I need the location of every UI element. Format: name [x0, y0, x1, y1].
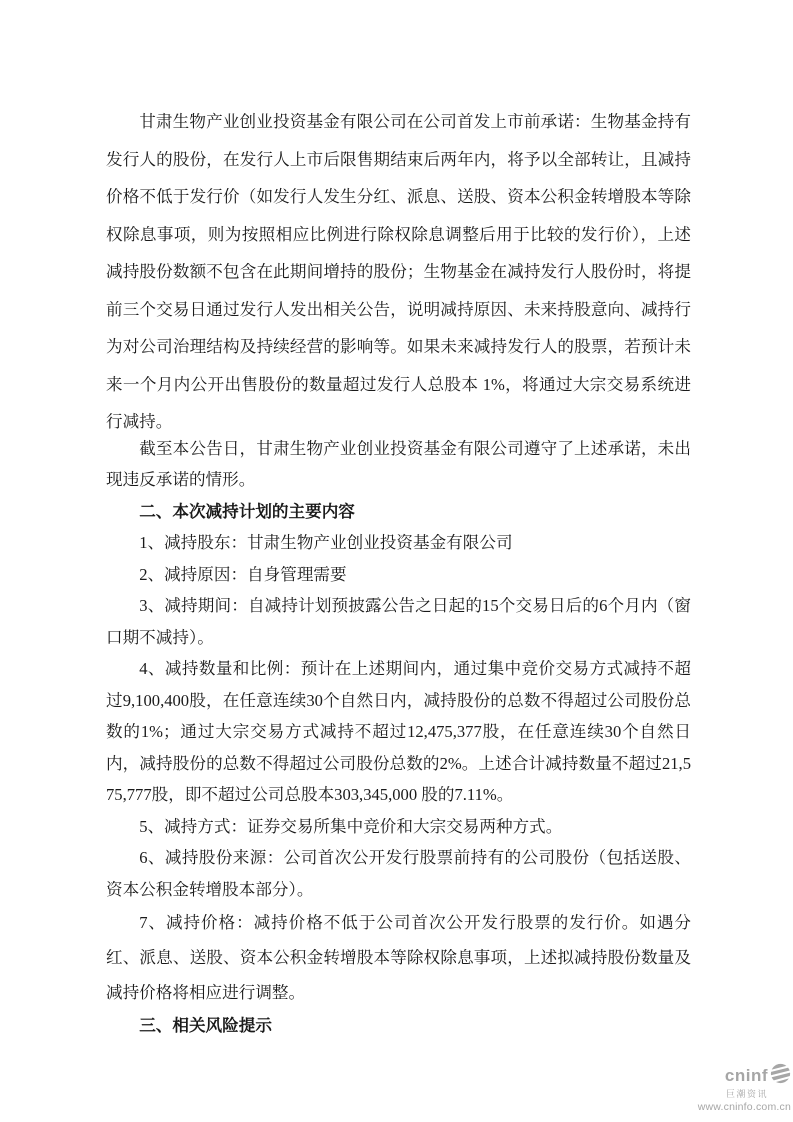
paragraph: 5、减持方式：证券交易所集中竞价和大宗交易两种方式。 — [106, 811, 691, 843]
paragraph: 甘肃生物产业创业投资基金有限公司在公司首发上市前承诺：生物基金持有发行人的股份，… — [106, 103, 691, 441]
paragraph: 截至本公告日，甘肃生物产业创业投资基金有限公司遵守了上述承诺，未出现违反承诺的情… — [106, 433, 691, 496]
paragraph: 6、减持股份来源：公司首次公开发行股票前持有的公司股份（包括送股、资本公积金转增… — [106, 842, 691, 905]
paragraph: 3、减持期间：自减持计划预披露公告之日起的15个交易日后的6个月内（窗口期不减持… — [106, 590, 691, 653]
cninfo-swirl-icon — [770, 1063, 791, 1088]
cninfo-logo-chinese-label: 巨潮资讯 — [698, 1090, 768, 1099]
document-body: 甘肃生物产业创业投资基金有限公司在公司首发上市前承诺：生物基金持有发行人的股份，… — [106, 103, 691, 1042]
paragraph: 1、减持股东：甘肃生物产业创业投资基金有限公司 — [106, 527, 691, 559]
document-page: 甘肃生物产业创业投资基金有限公司在公司首发上市前承诺：生物基金持有发行人的股份，… — [0, 0, 793, 1122]
paragraph: 2、减持原因：自身管理需要 — [106, 559, 691, 591]
cninfo-watermark: cninf 巨潮资讯 www.cninfo.com.cn — [698, 1063, 791, 1113]
section-heading: 三、相关风险提示 — [106, 1010, 691, 1042]
cninfo-logo-url: www.cninfo.com.cn — [698, 1102, 791, 1113]
cninfo-logo-text: cninf — [725, 1067, 768, 1084]
paragraph: 4、减持数量和比例：预计在上述期间内，通过集中竞价交易方式减持不超过9,100,… — [106, 653, 691, 811]
cninfo-logo-row: cninf — [698, 1063, 791, 1088]
section-heading: 二、本次减持计划的主要内容 — [106, 496, 691, 528]
paragraph: 7、减持价格：减持价格不低于公司首次公开发行股票的发行价。如遇分红、派息、送股、… — [106, 905, 691, 1010]
